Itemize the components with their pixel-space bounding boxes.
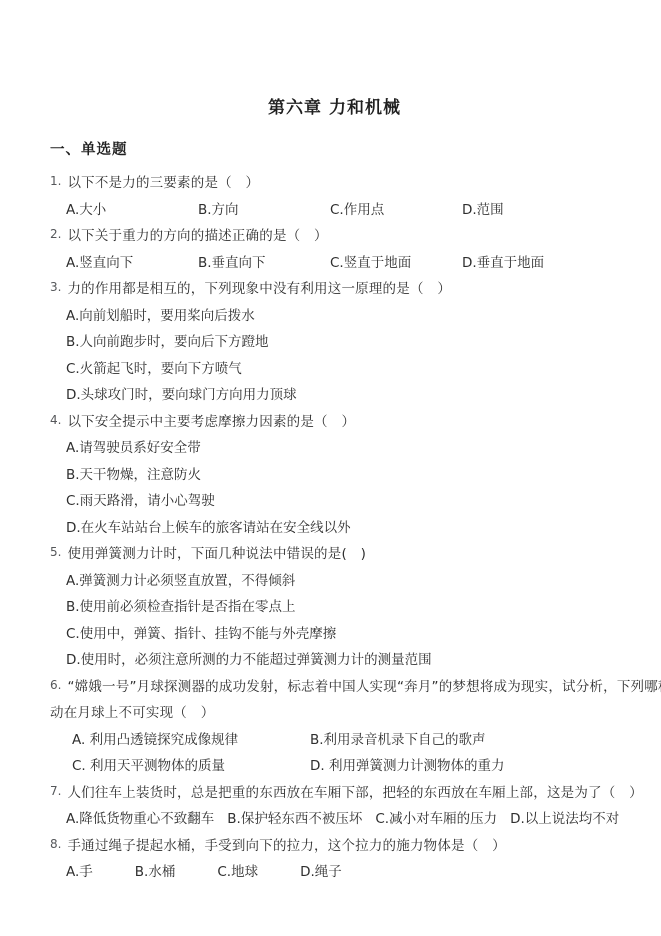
question-6-options-row-2: C. 利用天平测物体的质量 D. 利用弹簧测力计测物体的重力 xyxy=(50,751,619,778)
question-6-line-1: 6. “嫦娥一号”月球探测器的成功发射，标志着中国人实现“奔月”的梦想将成为现实… xyxy=(50,672,619,699)
question-number: 3. xyxy=(50,280,61,294)
question-8: 8. 手通过绳子提起水桶，手受到向下的拉力，这个拉力的施力物体是（ ） A.手 … xyxy=(50,831,619,884)
option-c: C. 利用天平测物体的质量 xyxy=(72,754,310,774)
question-6: 6. “嫦娥一号”月球探测器的成功发射，标志着中国人实现“奔月”的梦想将成为现实… xyxy=(50,672,619,778)
option-a: A.竖直向下 xyxy=(66,251,198,271)
question-number: 5. xyxy=(50,545,61,559)
question-3: 3. 力的作用都是相互的，下列现象中没有利用这一原理的是（ ） A.向前划船时，… xyxy=(50,274,619,407)
question-4-option-b: B.天干物燥，注意防火 xyxy=(50,460,619,487)
question-text: 人们往车上装货时，总是把重的东西放在车厢下部，把轻的东西放在车厢上部，这是为了（… xyxy=(67,781,642,801)
question-4: 4. 以下安全提示中主要考虑摩擦力因素的是（ ） A.请驾驶员系好安全带 B.天… xyxy=(50,407,619,540)
question-text: “嫦娥一号”月球探测器的成功发射，标志着中国人实现“奔月”的梦想将成为现实，试分… xyxy=(67,675,661,695)
option-b: B.垂直向下 xyxy=(198,251,330,271)
question-1-line: 1. 以下不是力的三要素的是（ ） xyxy=(50,168,619,195)
question-number: 4. xyxy=(50,413,61,427)
option-c: C.火箭起飞时，要向下方喷气 xyxy=(66,357,242,377)
question-4-line: 4. 以下安全提示中主要考虑摩擦力因素的是（ ） xyxy=(50,407,619,434)
question-number: 2. xyxy=(50,227,61,241)
question-2-line: 2. 以下关于重力的方向的描述正确的是（ ） xyxy=(50,221,619,248)
document-page: 第六章 力和机械 一、单选题 1. 以下不是力的三要素的是（ ） A.大小 B.… xyxy=(0,0,661,884)
question-5: 5. 使用弹簧测力计时，下面几种说法中错误的是( ) A.弹簧测力计必须竖直放置… xyxy=(50,539,619,672)
question-5-option-a: A.弹簧测力计必须竖直放置，不得倾斜 xyxy=(50,566,619,593)
question-4-option-a: A.请驾驶员系好安全带 xyxy=(50,433,619,460)
option-a: A.向前划船时，要用桨向后拨水 xyxy=(66,304,255,324)
question-number: 1. xyxy=(50,174,61,188)
question-number: 6. xyxy=(50,678,61,692)
question-2-options: A.竖直向下 B.垂直向下 C.竖直于地面 D.垂直于地面 xyxy=(50,248,619,275)
question-8-options: A.手 B.水桶 C.地球 D.绳子 xyxy=(50,857,619,884)
question-3-option-c: C.火箭起飞时，要向下方喷气 xyxy=(50,354,619,381)
question-5-option-b: B.使用前必须检查指针是否指在零点上 xyxy=(50,592,619,619)
question-7-options: A.降低货物重心不致翻车 B.保护轻东西不被压坏 C.减小对车厢的压力 D.以上… xyxy=(50,804,619,831)
question-3-option-a: A.向前划船时，要用桨向后拨水 xyxy=(50,301,619,328)
question-text-continued: 动在月球上不可实现（ ） xyxy=(50,701,214,721)
option-a: A.手 xyxy=(66,860,93,880)
option-d: D.范围 xyxy=(462,198,619,218)
option-d: D.使用时，必须注意所测的力不能超过弹簧测力计的测量范围 xyxy=(66,648,432,668)
question-6-line-2: 动在月球上不可实现（ ） xyxy=(50,698,619,725)
option-d: D.在火车站站台上候车的旅客请站在安全线以外 xyxy=(66,516,351,536)
question-5-line: 5. 使用弹簧测力计时，下面几种说法中错误的是( ) xyxy=(50,539,619,566)
question-5-option-d: D.使用时，必须注意所测的力不能超过弹簧测力计的测量范围 xyxy=(50,645,619,672)
option-d: D.以上说法均不对 xyxy=(510,807,619,827)
question-8-line: 8. 手通过绳子提起水桶，手受到向下的拉力，这个拉力的施力物体是（ ） xyxy=(50,831,619,858)
question-3-option-d: D.头球攻门时，要向球门方向用力顶球 xyxy=(50,380,619,407)
page-title: 第六章 力和机械 xyxy=(50,98,619,118)
question-3-line: 3. 力的作用都是相互的，下列现象中没有利用这一原理的是（ ） xyxy=(50,274,619,301)
option-d: D.头球攻门时，要向球门方向用力顶球 xyxy=(66,383,297,403)
option-c: C.作用点 xyxy=(330,198,462,218)
question-7: 7. 人们往车上装货时，总是把重的东西放在车厢下部，把轻的东西放在车厢上部，这是… xyxy=(50,778,619,831)
option-c: C.竖直于地面 xyxy=(330,251,462,271)
option-a: A.降低货物重心不致翻车 xyxy=(66,807,214,827)
option-b: B.利用录音机录下自己的歌声 xyxy=(310,728,619,748)
question-text: 使用弹簧测力计时，下面几种说法中错误的是( ) xyxy=(67,542,366,562)
question-5-option-c: C.使用中，弹簧、指针、挂钩不能与外壳摩擦 xyxy=(50,619,619,646)
option-b: B.方向 xyxy=(198,198,330,218)
question-text: 以下不是力的三要素的是（ ） xyxy=(67,171,259,191)
question-text: 以下关于重力的方向的描述正确的是（ ） xyxy=(67,224,327,244)
option-b: B.天干物燥，注意防火 xyxy=(66,463,201,483)
question-text: 力的作用都是相互的，下列现象中没有利用这一原理的是（ ） xyxy=(67,277,451,297)
question-7-line: 7. 人们往车上装货时，总是把重的东西放在车厢下部，把轻的东西放在车厢上部，这是… xyxy=(50,778,619,805)
question-number: 7. xyxy=(50,784,61,798)
option-c: C.地球 xyxy=(217,860,258,880)
option-c: C.减小对车厢的压力 xyxy=(375,807,497,827)
question-3-option-b: B.人向前跑步时，要向后下方蹬地 xyxy=(50,327,619,354)
question-1: 1. 以下不是力的三要素的是（ ） A.大小 B.方向 C.作用点 D.范围 xyxy=(50,168,619,221)
option-b: B.人向前跑步时，要向后下方蹬地 xyxy=(66,330,269,350)
question-4-option-c: C.雨天路滑，请小心驾驶 xyxy=(50,486,619,513)
option-d: D.垂直于地面 xyxy=(462,251,619,271)
option-c: C.使用中，弹簧、指针、挂钩不能与外壳摩擦 xyxy=(66,622,336,642)
question-4-option-d: D.在火车站站台上候车的旅客请站在安全线以外 xyxy=(50,513,619,540)
question-text: 以下安全提示中主要考虑摩擦力因素的是（ ） xyxy=(67,410,355,430)
option-b: B.使用前必须检查指针是否指在零点上 xyxy=(66,595,296,615)
section-heading: 一、单选题 xyxy=(50,141,619,159)
question-1-options: A.大小 B.方向 C.作用点 D.范围 xyxy=(50,195,619,222)
option-b: B.水桶 xyxy=(135,860,176,880)
option-a: A.大小 xyxy=(66,198,198,218)
option-c: C.雨天路滑，请小心驾驶 xyxy=(66,489,215,509)
question-number: 8. xyxy=(50,837,61,851)
option-a: A. 利用凸透镜探究成像规律 xyxy=(72,728,310,748)
question-6-options-row-1: A. 利用凸透镜探究成像规律 B.利用录音机录下自己的歌声 xyxy=(50,725,619,752)
option-a: A.请驾驶员系好安全带 xyxy=(66,436,201,456)
option-a: A.弹簧测力计必须竖直放置，不得倾斜 xyxy=(66,569,295,589)
option-d: D.绳子 xyxy=(300,860,342,880)
option-b: B.保护轻东西不被压坏 xyxy=(227,807,362,827)
question-2: 2. 以下关于重力的方向的描述正确的是（ ） A.竖直向下 B.垂直向下 C.竖… xyxy=(50,221,619,274)
question-text: 手通过绳子提起水桶，手受到向下的拉力，这个拉力的施力物体是（ ） xyxy=(67,834,505,854)
option-d: D. 利用弹簧测力计测物体的重力 xyxy=(310,754,619,774)
